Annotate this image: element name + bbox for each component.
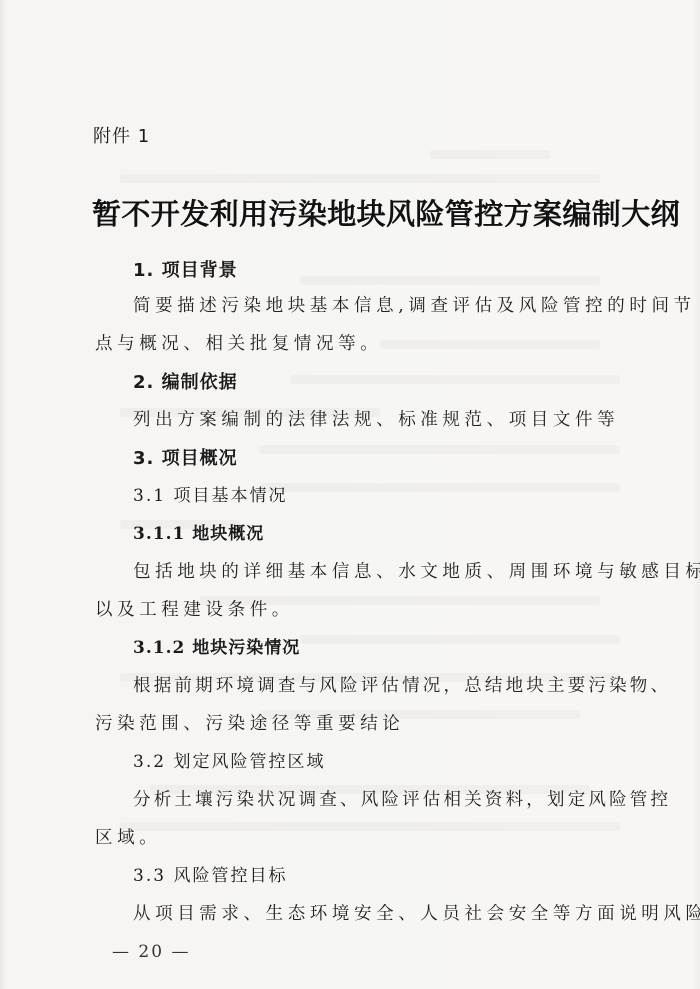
document-page: 附件 1 暂不开发利用污染地块风险管控方案编制大纲 1. 项目背景 简要描述污染… [0, 0, 700, 989]
paragraph-line: 以及工程建设条件。 [95, 602, 294, 620]
document-title: 暂不开发利用污染地块风险管控方案编制大纲 [92, 200, 680, 229]
paragraph-line: 根据前期环境调查与风险评估情况，总结地块主要污染物、 [133, 678, 671, 696]
bleed-through-mark [260, 483, 620, 492]
paragraph-line: 分析土壤污染状况调查、风险评估相关资料，划定风险管控 [133, 792, 671, 810]
paragraph-line: 包括地块的详细基本信息、水文地质、周围环境与敏感目标 [133, 564, 700, 582]
attachment-label: 附件 1 [93, 128, 150, 146]
section-heading-2: 2. 编制依据 [133, 374, 238, 392]
section-heading-3-1: 3.1 项目基本情况 [133, 488, 287, 505]
section-heading-1: 1. 项目背景 [133, 262, 238, 280]
section-heading-3: 3. 项目概况 [133, 450, 238, 468]
paragraph-line: 列出方案编制的法律法规、标准规范、项目文件等 [133, 412, 619, 430]
bleed-through-mark [290, 375, 620, 384]
page-number: — 20 — [112, 944, 190, 961]
paragraph-line: 从项目需求、生态环境安全、人员社会安全等方面说明风险 [133, 906, 700, 924]
bleed-through-mark [120, 174, 600, 183]
bleed-through-mark [260, 445, 620, 454]
paragraph-line: 点与概况、相关批复情况等。 [95, 336, 382, 354]
paragraph-line: 污染范围、污染途径等重要结论 [95, 716, 404, 734]
bleed-through-mark [380, 340, 600, 349]
section-heading-3-1-2: 3.1.2 地块污染情况 [133, 640, 300, 657]
section-heading-3-3: 3.3 风险管控目标 [133, 868, 287, 885]
bleed-through-mark [300, 635, 620, 644]
section-heading-3-1-1: 3.1.1 地块概况 [133, 526, 264, 543]
section-heading-3-2: 3.2 划定风险管控区域 [133, 754, 325, 771]
bleed-through-mark [300, 276, 600, 285]
paragraph-line: 简要描述污染地块基本信息,调查评估及风险管控的时间节 [133, 298, 696, 316]
paragraph-line: 区域。 [95, 830, 161, 848]
bleed-through-mark [120, 822, 620, 831]
bleed-through-mark [430, 150, 550, 159]
